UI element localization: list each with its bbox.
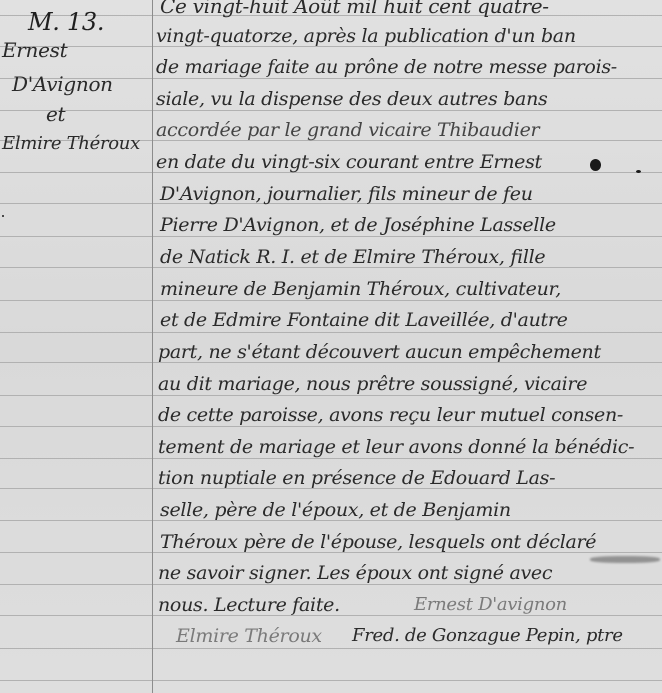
record-line: de mariage faite au prône de notre messe… [156, 56, 617, 78]
margin-rule [152, 0, 153, 693]
record-line: nous. Lecture faite. [158, 594, 340, 616]
margin-groom-first-name: Ernest [2, 38, 67, 62]
margin-bride-name: Elmire Théroux [2, 133, 140, 154]
record-line: tement de mariage et leur avons donné la… [158, 436, 634, 458]
margin-conjunction: et [46, 102, 65, 126]
record-line: et de Edmire Fontaine dit Laveillée, d'a… [160, 309, 568, 331]
record-line: selle, père de l'époux, et de Benjamin [160, 499, 511, 521]
record-line: de cette paroisse, avons reçu leur mutue… [158, 404, 623, 426]
ink-dot [2, 215, 4, 217]
ink-blot [590, 159, 601, 171]
ink-smudge [590, 556, 660, 563]
record-line: au dit mariage, nous prêtre soussigné, v… [158, 373, 587, 395]
record-line: vingt-quatorze, après la publication d'u… [156, 25, 576, 47]
margin-column: M. 13. Ernest D'Avignon et Elmire Thérou… [0, 0, 150, 693]
record-line: de Natick R. I. et de Elmire Théroux, fi… [160, 246, 545, 268]
groom-signature: Ernest D'avignon [414, 594, 567, 615]
ink-mark [636, 170, 641, 173]
record-line: siale, vu la dispense des deux autres ba… [156, 88, 547, 110]
priest-signature: Fred. de Gonzague Pepin, ptre [352, 625, 623, 646]
record-line: en date du vingt-six courant entre Ernes… [156, 151, 542, 173]
record-line: accordée par le grand vicaire Thibaudier [156, 119, 539, 141]
record-line: tion nuptiale en présence de Edouard Las… [158, 467, 555, 489]
bride-signature: Elmire Théroux [176, 625, 322, 647]
record-line: Pierre D'Avignon, et de Joséphine Lassel… [160, 214, 556, 236]
record-line: part, ne s'étant découvert aucun empêche… [158, 341, 601, 363]
record-line: Théroux père de l'épouse, lesquels ont d… [160, 531, 596, 553]
record-line: ne savoir signer. Les époux ont signé av… [158, 562, 552, 584]
margin-groom-surname: D'Avignon [12, 72, 113, 96]
record-body: Ce vingt-huit Août mil huit cent quatre-… [156, 0, 662, 693]
record-line: mineure de Benjamin Théroux, cultivateur… [160, 278, 561, 300]
record-line: D'Avignon, journalier, fils mineur de fe… [160, 183, 533, 205]
entry-number: M. 13. [28, 8, 104, 36]
register-page: M. 13. Ernest D'Avignon et Elmire Thérou… [0, 0, 662, 693]
record-line: Ce vingt-huit Août mil huit cent quatre- [160, 0, 549, 18]
